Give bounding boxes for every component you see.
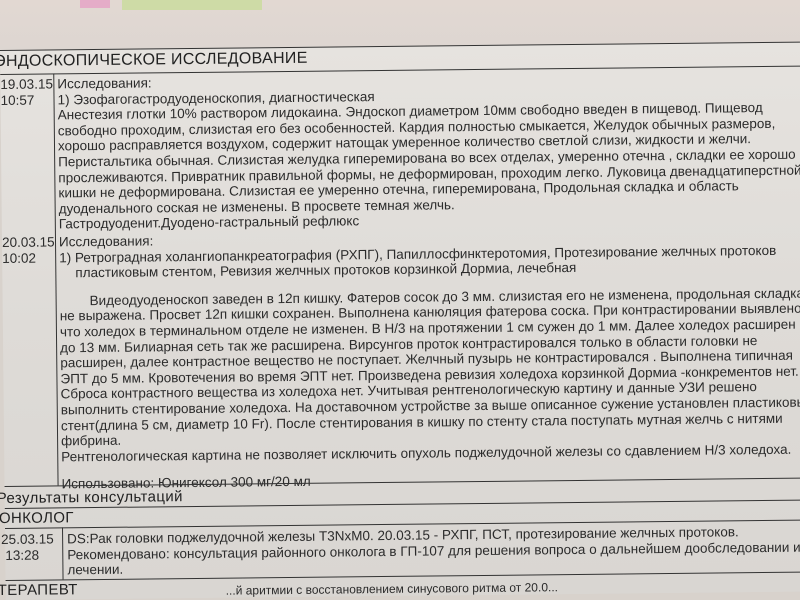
entry-body: Исследования: 1) Эзофагогастродуоденоско… (57, 69, 799, 233)
section-title-endoscopy: ЭНДОСКОПИЧЕСКОЕ ИССЛЕДОВАНИЕ (0, 50, 308, 71)
pink-sticker (80, 0, 110, 8)
entry-body: Исследования: 1) Ретроградная холангиопа… (59, 227, 800, 493)
section-title-consultations: Результаты консультаций (0, 488, 183, 507)
entry-body: DS:Рак головки поджелудочной железы T3Nx… (67, 524, 800, 579)
entry-date: 25.03.15 (1, 531, 54, 548)
entry-time: 10:02 (2, 250, 55, 267)
entry-datetime: 19.03.15 10:57 (0, 76, 53, 109)
subsection-title-oncologist: ОНКОЛОГ (0, 509, 74, 527)
entry-datetime: 20.03.15 10:02 (2, 234, 55, 267)
subsection-title-therapist: ТЕРАПЕВТ (0, 581, 78, 599)
entry-time: 10:57 (0, 92, 53, 109)
entry-time: 13:28 (1, 547, 54, 564)
text-line: ...й аритмии с восстановлением синусовог… (226, 576, 800, 599)
medical-document-page: ЭНДОСКОПИЧЕСКОЕ ИССЛЕДОВАНИЕ 19.03.15 10… (0, 42, 800, 600)
entry-date: 20.03.15 (2, 234, 55, 251)
therapist-partial-text: ...й аритмии с восстановлением синусовог… (226, 576, 800, 599)
green-sticker (122, 0, 262, 10)
entry-date: 19.03.15 (0, 76, 53, 93)
entry-datetime: 25.03.15 13:28 (1, 531, 54, 564)
column-divider (62, 527, 64, 579)
